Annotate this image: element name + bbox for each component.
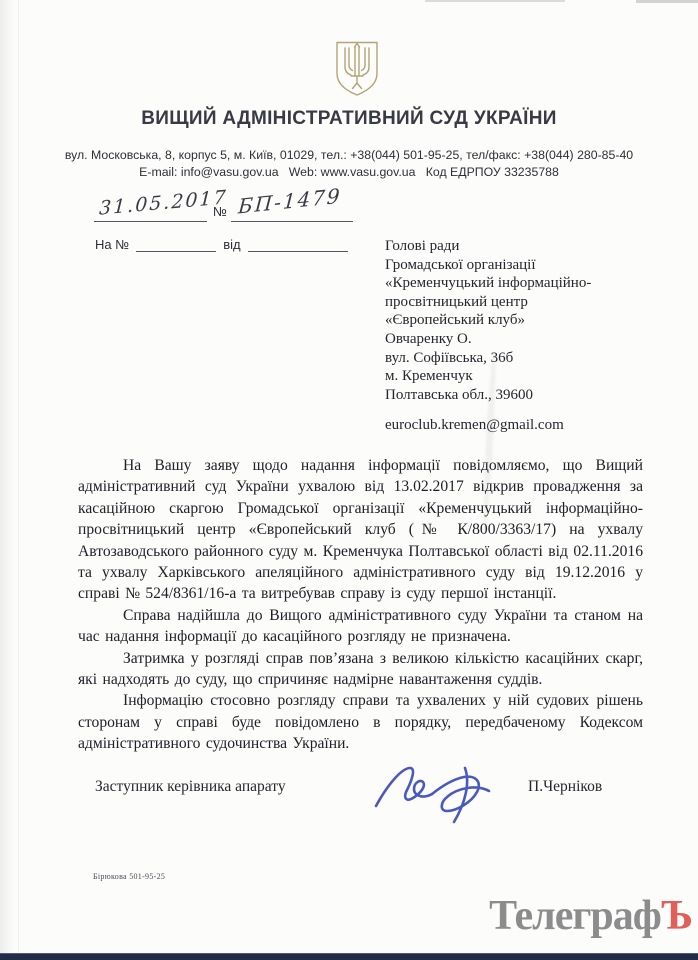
scan-artifact-dash [636,0,698,3]
date-blank-line [94,221,207,222]
recipient-line: просвітницький центр [385,293,647,312]
scanned-letter-page: ВИЩИЙ АДМІНІСТРАТИВНИЙ СУД УКРАЇНИ вул. … [0,0,698,960]
watermark-red-letter: Ъ [661,893,692,939]
reply-infix-label: від [223,237,240,252]
scan-artifact-dash [425,0,565,2]
body-paragraph: Затримка у розгляді справ пов’язана з ве… [78,648,643,691]
outgoing-date-handwritten: 31.05.2017 [99,186,228,219]
number-sign-label: № [213,204,227,219]
recipient-line: м. Кременчук [385,367,647,386]
watermark-gray-text: Телеграф [489,893,661,939]
reply-reference-row: На № від [95,237,355,252]
letter-body: На Вашу заяву щодо надання інформації по… [78,455,643,755]
recipient-line: Громадської організації [385,256,647,275]
address-line-2: E-mail: info@vasu.gov.ua Web: www.vasu.g… [0,165,698,179]
reply-number-blank-line [136,237,216,252]
recipient-line: Голові ради [385,237,647,256]
scan-artifact-line [18,0,19,960]
reply-date-blank-line [248,237,348,252]
recipient-address-block: Голові ради Громадської організації «Кре… [385,237,647,435]
signer-position-title: Заступник керівника апарату [95,778,286,796]
address-line-1: вул. Московська, 8, корпус 5, м. Київ, 0… [0,148,698,162]
court-name-title: ВИЩИЙ АДМІНІСТРАТИВНИЙ СУД УКРАЇНИ [0,108,698,130]
reply-prefix-label: На № [95,237,129,252]
body-paragraph: Інформацію стосовно розгляду справи та у… [78,690,643,754]
telegraf-watermark: ТелеграфЪ [440,895,692,937]
recipient-line: Овчаренку О. [385,330,647,349]
bottom-scan-border [0,953,698,960]
recipient-email: euroclub.kremen@gmail.com [385,416,647,435]
number-blank-line [231,221,353,222]
recipient-line: Полтавська обл., 39600 [385,386,647,405]
ukraine-trident-emblem-icon [334,40,380,98]
recipient-line: вул. Софіївська, 36б [385,349,647,368]
executor-note: Бірюкова 501-95-25 [93,872,165,881]
recipient-line: «Кременчуцький інформаційно- [385,274,647,293]
recipient-line: «Європейський клуб» [385,311,647,330]
handwritten-signature-icon [362,742,512,837]
scan-edge-shadow [0,0,14,960]
signer-name: П.Черніков [528,778,602,796]
outgoing-number-handwritten: БП-1479 [237,183,342,218]
body-paragraph: Справа надійшла до Вищого адміністративн… [78,605,643,648]
body-paragraph: На Вашу заяву щодо надання інформації по… [78,455,643,605]
